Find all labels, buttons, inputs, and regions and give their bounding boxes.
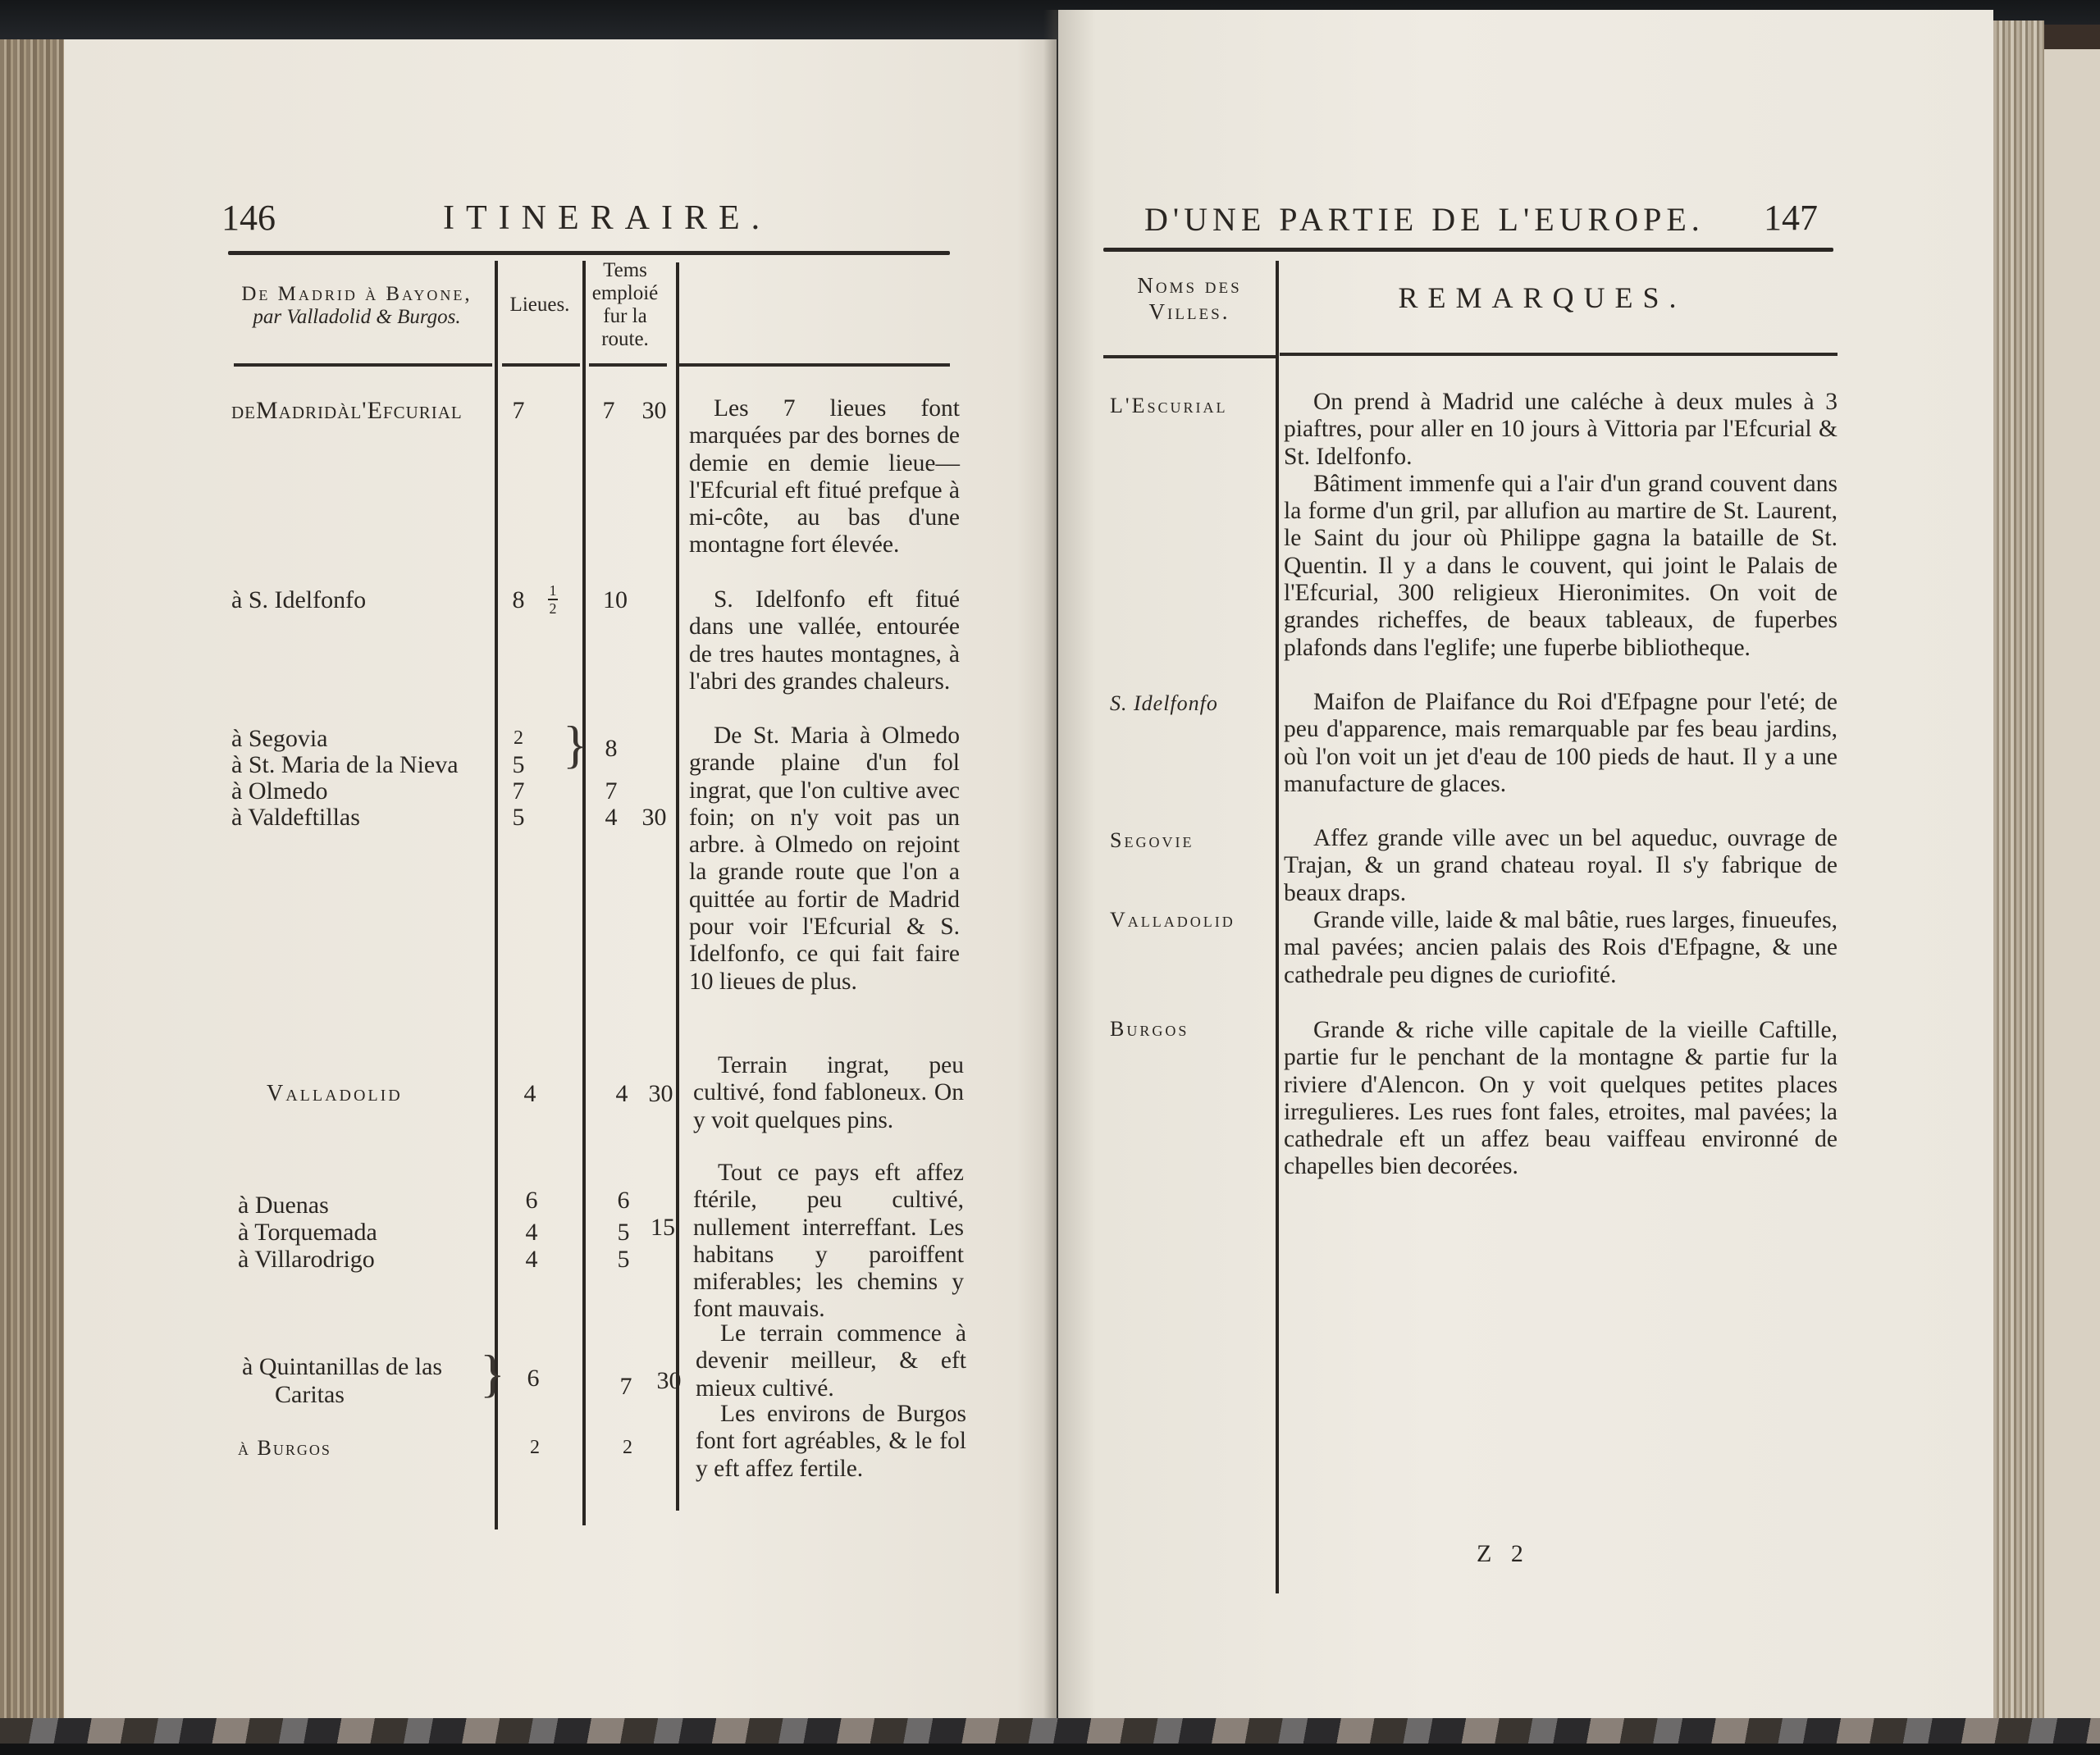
- tems-hours-cell: 4: [595, 804, 628, 831]
- ville-name: S. Idelfonfo: [1110, 691, 1218, 716]
- ville-remark: Grande ville, laide & mal bâtie, rues la…: [1284, 907, 1837, 989]
- remark-3: De St. Maria à Olmedo grande plaine d'un…: [689, 723, 960, 996]
- remark-5: Tout ce pays eft affez ftérile, peu cult…: [693, 1160, 964, 1324]
- ville-name: Burgos: [1110, 1017, 1189, 1042]
- remark-text: Terrain ingrat, peu cultivé, fond fablon…: [693, 1052, 964, 1134]
- marbled-cover-bottom: [0, 1718, 2100, 1755]
- column-rule: [582, 261, 586, 1525]
- tems-hours-cell: 6: [607, 1187, 640, 1214]
- lieues-cell: 6: [517, 1365, 550, 1392]
- lieues-cell: 2: [518, 1434, 551, 1461]
- tems-hours-cell: 7: [592, 397, 625, 424]
- tems-minutes-cell: 30: [642, 1080, 679, 1107]
- route-title: De Madrid à Bayone, par Valladolid & Bur…: [221, 283, 492, 329]
- lieues-cell: 4: [514, 1080, 546, 1107]
- left-running-head: ITINERAIRE.: [443, 198, 771, 238]
- right-running-head: D'UNE PARTIE DE L'EUROPE.: [1144, 200, 1705, 239]
- ville-remark: Grande & riche ville capitale de la viei…: [1284, 1017, 1837, 1181]
- tems-minutes-cell: 30: [636, 397, 673, 424]
- remark-text: Tout ce pays eft affez ftérile, peu cult…: [693, 1160, 964, 1324]
- lieues-cell: 7: [502, 777, 535, 805]
- tems-line4: route.: [584, 328, 666, 351]
- header-rule: [228, 251, 950, 255]
- page-edges-right: [1993, 21, 2044, 1726]
- header-bottom-rule: [1280, 353, 1837, 356]
- place-cell: à Torquemada: [238, 1219, 377, 1246]
- place-name: deMadridàl'Efcurial: [231, 397, 463, 424]
- lieues-cell: 5: [502, 804, 535, 831]
- noms-line1: Noms des: [1112, 272, 1267, 299]
- page-edges-left: [0, 39, 64, 1722]
- tems-line2: emploié: [584, 282, 666, 305]
- place-cell: deMadridàl'Efcurial: [231, 397, 463, 424]
- column-rule: [495, 261, 498, 1529]
- place-cell: à Burgos: [238, 1434, 331, 1461]
- route-title-line1: De Madrid à Bayone,: [221, 283, 492, 306]
- tems-hours-cell: 7: [595, 777, 628, 805]
- place-cell-continued: Caritas: [275, 1381, 345, 1408]
- lieues-cell: 2: [502, 725, 535, 752]
- tems-minutes-cell: 15: [646, 1214, 679, 1241]
- lieues-cell: 4: [515, 1246, 548, 1273]
- column-rule: [676, 262, 679, 1511]
- col-header-tems: Tems emploié fur la route.: [584, 259, 666, 351]
- remark-1: Les 7 lieues font marquées par des borne…: [689, 395, 960, 559]
- route-title-line2: par Valladolid & Burgos.: [253, 306, 460, 328]
- remark-paragraph: Maifon de Plaifance du Roi d'Efpagne pou…: [1284, 689, 1837, 798]
- remark-text: S. Idelfonfo eft fitué dans une vallée, …: [689, 586, 960, 695]
- remark-paragraph: Grande & riche ville capitale de la viei…: [1284, 1017, 1837, 1181]
- remark-paragraph: Grande ville, laide & mal bâtie, rues la…: [1284, 907, 1837, 989]
- place-cell: à Quintanillas de las: [242, 1353, 442, 1380]
- place-cell: à Segovia: [231, 725, 327, 752]
- ville-remark: Maifon de Plaifance du Roi d'Efpagne pou…: [1284, 689, 1837, 798]
- remark-2: S. Idelfonfo eft fitué dans une vallée, …: [689, 586, 960, 695]
- tems-hours-cell: 5: [607, 1219, 640, 1246]
- tems-line3: fur la: [584, 305, 666, 328]
- header-bottom-rule: [234, 363, 492, 367]
- remark-paragraph: Bâtiment immenfe qui a l'air d'un grand …: [1284, 471, 1837, 662]
- tems-hours-cell: 2: [611, 1434, 644, 1461]
- header-bottom-rule: [679, 363, 950, 367]
- remark-6: Le terrain commence à devenir meilleur, …: [696, 1320, 966, 1402]
- ville-name: Segovie: [1110, 828, 1194, 853]
- noms-line2: Villes.: [1112, 299, 1267, 325]
- tems-minutes-cell: 30: [651, 1367, 687, 1394]
- tems-hours-cell: 10: [595, 586, 636, 613]
- place-cell: à Duenas: [238, 1192, 329, 1219]
- place-cell: Valladolid: [267, 1080, 403, 1107]
- remark-4: Terrain ingrat, peu cultivé, fond fablon…: [693, 1052, 964, 1134]
- remark-text: Les 7 lieues font marquées par des borne…: [689, 395, 960, 559]
- signature-mark: Z 2: [1477, 1540, 1530, 1568]
- remark-paragraph: Affez grande ville avec un bel aqueduc, …: [1284, 825, 1837, 907]
- place-cell: à Villarodrigo: [238, 1246, 375, 1273]
- remark-paragraph: On prend à Madrid une caléche à deux mul…: [1284, 389, 1837, 471]
- place-cell: à Olmedo: [231, 777, 327, 805]
- bracket-icon: }: [480, 1347, 505, 1400]
- lieues-cell: 8: [502, 586, 535, 613]
- header-bottom-rule: [1103, 355, 1276, 358]
- bracket-icon: }: [563, 718, 588, 771]
- col-header-lieues: Lieues.: [502, 294, 577, 317]
- lieues-cell: 6: [515, 1187, 548, 1214]
- place-cell: à S. Idelfonfo: [231, 586, 366, 613]
- remark-text: De St. Maria à Olmedo grande plaine d'un…: [689, 723, 960, 996]
- tems-line1: Tems: [584, 259, 666, 282]
- ville-remark: On prend à Madrid une caléche à deux mul…: [1284, 389, 1837, 662]
- left-folio: 146: [221, 197, 276, 239]
- lieues-cell: 7: [502, 397, 535, 424]
- tems-minutes-cell: 30: [636, 804, 673, 831]
- right-folio: 147: [1764, 197, 1818, 239]
- lieues-cell: 5: [502, 751, 535, 778]
- ville-name: L'Escurial: [1110, 394, 1227, 418]
- remark-7: Les environs de Burgos font fort agréabl…: [696, 1401, 966, 1483]
- tems-hours-cell: 5: [607, 1246, 640, 1273]
- tems-hours-cell: 8: [595, 735, 628, 762]
- remark-text: Les environs de Burgos font fort agréabl…: [696, 1401, 966, 1483]
- place-cell: à Valdeftillas: [231, 804, 360, 831]
- ville-remark: Affez grande ville avec un bel aqueduc, …: [1284, 825, 1837, 907]
- header-bottom-rule: [502, 363, 580, 367]
- endpaper: [2044, 49, 2100, 1722]
- place-cell: à St. Maria de la Nieva: [231, 751, 459, 778]
- remark-text: Le terrain commence à devenir meilleur, …: [696, 1320, 966, 1402]
- tems-hours-cell: 7: [609, 1373, 642, 1400]
- lieues-fraction: 12: [548, 584, 558, 615]
- col-header-remarques: REMARQUES.: [1247, 280, 1837, 315]
- header-rule: [1103, 248, 1833, 252]
- header-bottom-rule: [589, 363, 667, 367]
- tems-hours-cell: 4: [605, 1080, 638, 1107]
- ville-name: Valladolid: [1110, 908, 1235, 932]
- column-rule: [1276, 261, 1279, 1593]
- col-header-villes: Noms des Villes.: [1112, 272, 1267, 325]
- lieues-cell: 4: [515, 1219, 548, 1246]
